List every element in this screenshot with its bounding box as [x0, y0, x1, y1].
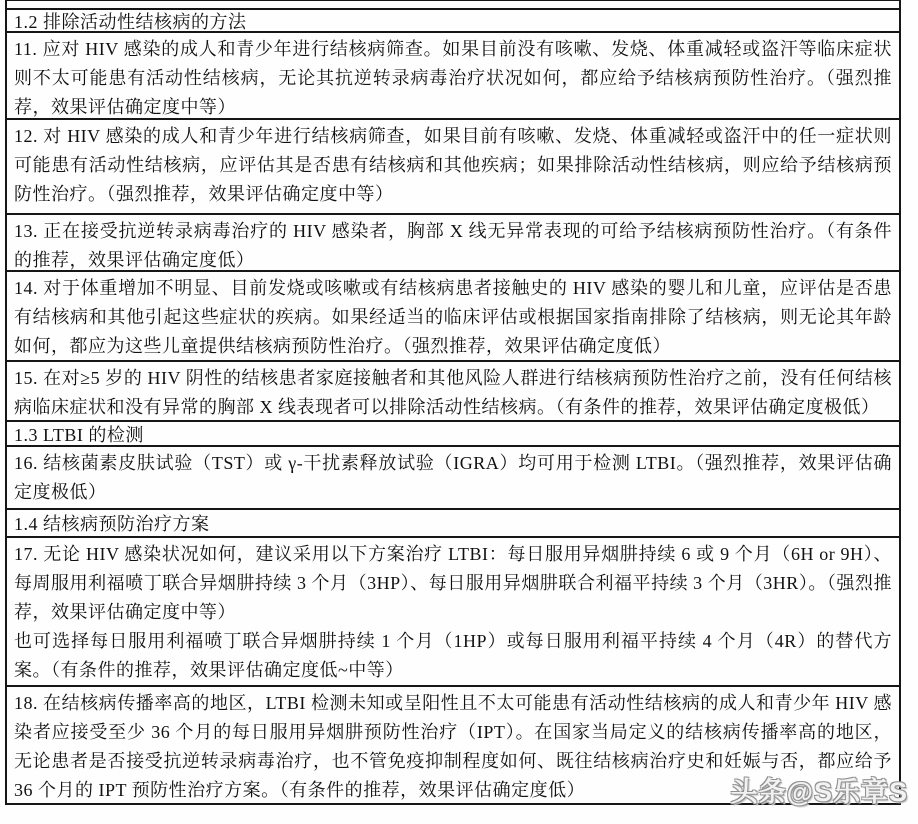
document-page: 1.2 排除活动性结核病的方法 11. 应对 HIV 感染的成人和青少年进行结核… [0, 0, 918, 824]
recommendation-text: 14. 对于体重增加不明显、目前发烧或咳嗽或有结核病患者接触史的 HIV 感染的… [14, 274, 892, 361]
section-title: 1.2 排除活动性结核病的方法 [14, 10, 247, 33]
recommendation-text: 12. 对 HIV 感染的成人和青少年进行结核病筛查，如果目前有咳嗽、发烧、体重… [14, 122, 892, 209]
toutiao-watermark: 头条@S乐章S [731, 770, 908, 809]
guideline-table: 1.2 排除活动性结核病的方法 11. 应对 HIV 感染的成人和青少年进行结核… [5, 0, 901, 805]
recommendation-row-13: 13. 正在接受抗逆转录病毒治疗的 HIV 感染者，胸部 X 线无异常表现的可给… [7, 215, 899, 272]
recommendation-row-14: 14. 对于体重增加不明显、目前发烧或咳嗽或有结核病患者接触史的 HIV 感染的… [7, 272, 899, 362]
recommendation-row-15: 15. 在对≥5 岁的 HIV 阴性的结核患者家庭接触者和其他风险人群进行结核病… [7, 362, 899, 422]
recommendation-row-16: 16. 结核菌素皮肤试验（TST）或 γ-干扰素释放试验（IGRA）均可用于检测… [7, 447, 899, 510]
recommendation-text: 15. 在对≥5 岁的 HIV 阴性的结核患者家庭接触者和其他风险人群进行结核病… [14, 364, 892, 422]
recommendation-text: 16. 结核菌素皮肤试验（TST）或 γ-干扰素释放试验（IGRA）均可用于检测… [14, 449, 892, 507]
section-row-1-4: 1.4 结核病预防治疗方案 [7, 510, 899, 538]
section-row-1-3: 1.3 LTBI 的检测 [7, 422, 899, 447]
recommendation-text: 13. 正在接受抗逆转录病毒治疗的 HIV 感染者，胸部 X 线无异常表现的可给… [14, 217, 892, 272]
recommendation-text: 11. 应对 HIV 感染的成人和青少年进行结核病筛查。如果目前没有咳嗽、发烧、… [14, 35, 892, 120]
recommendation-row-11: 11. 应对 HIV 感染的成人和青少年进行结核病筛查。如果目前没有咳嗽、发烧、… [7, 33, 899, 120]
recommendation-text-alt: 也可选择每日服用利福喷丁联合异烟肼持续 1 个月（1HP）或每日服用利福平持续 … [14, 627, 892, 685]
section-title: 1.3 LTBI 的检测 [14, 422, 144, 447]
recommendation-text: 17. 无论 HIV 感染状况如何，建议采用以下方案治疗 LTBI：每日服用异烟… [14, 540, 892, 627]
recommendation-row-12: 12. 对 HIV 感染的成人和青少年进行结核病筛查，如果目前有咳嗽、发烧、体重… [7, 120, 899, 215]
section-title: 1.4 结核病预防治疗方案 [14, 510, 210, 536]
section-row-1-2: 1.2 排除活动性结核病的方法 [7, 10, 899, 33]
recommendation-row-17: 17. 无论 HIV 感染状况如何，建议采用以下方案治疗 LTBI：每日服用异烟… [7, 538, 899, 687]
table-row-partial-top [7, 1, 899, 10]
